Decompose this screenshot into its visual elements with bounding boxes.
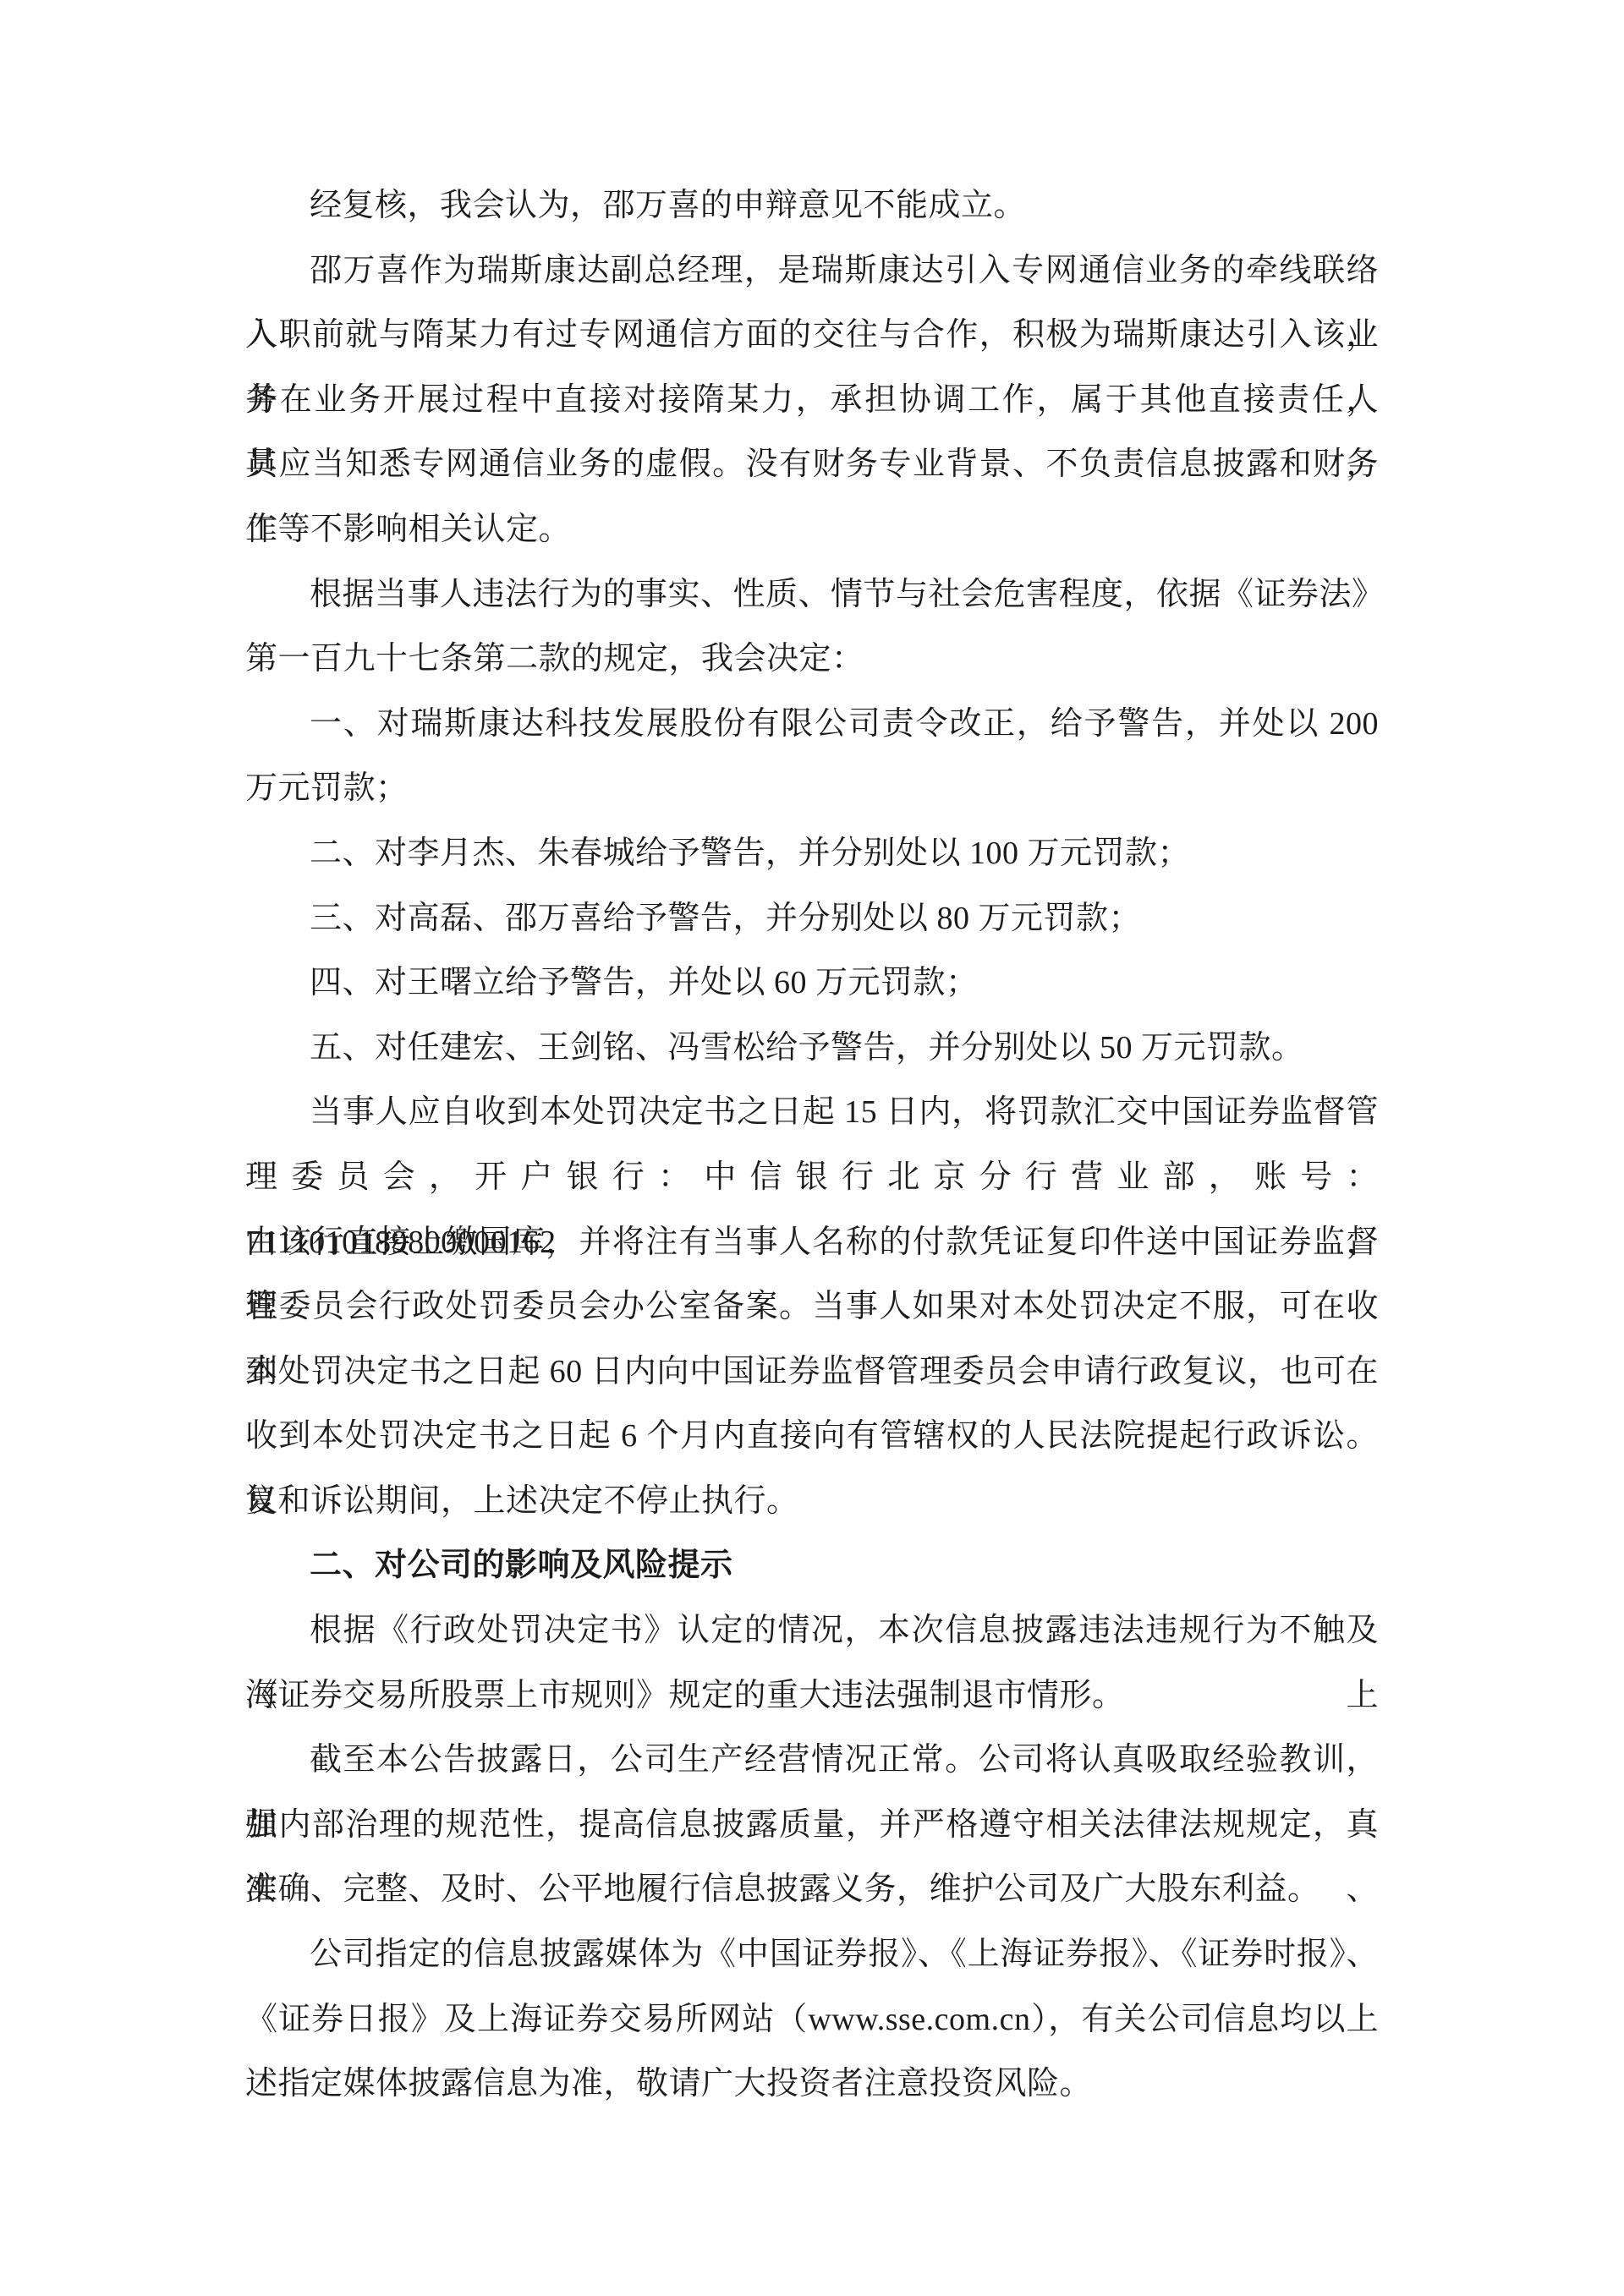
text-line: 其应当知悉专网通信业务的虚假。没有财务专业背景、不负责信息披露和财务工 [245, 432, 1379, 497]
paragraph: 根据《行政处罚决定书》认定的情况，本次信息披露违法违规行为不触及《上海证券交易所… [245, 1598, 1379, 1728]
text-line: 理委员会行政处罚委员会办公室备案。当事人如果对本处罚决定不服，可在收到 [245, 1274, 1379, 1340]
paragraph: 四、对王曙立给予警告，并处以 60 万元罚款； [245, 951, 1379, 1016]
text-line: 议和诉讼期间，上述决定不停止执行。 [245, 1469, 1379, 1534]
paragraph: 当事人应自收到本处罚决定书之日起 15 日内，将罚款汇交中国证券监督管理委员会，… [245, 1080, 1379, 1533]
text-line: 截至本公告披露日，公司生产经营情况正常。公司将认真吸取经验教训，加 [245, 1728, 1379, 1793]
paragraph: 五、对任建宏、王剑铭、冯雪松给予警告，并分别处以 50 万元罚款。 [245, 1016, 1379, 1081]
text-line: 二、对公司的影响及风险提示 [245, 1533, 1379, 1598]
text-line: 根据《行政处罚决定书》认定的情况，本次信息披露违法违规行为不触及《上 [245, 1598, 1379, 1663]
text-line: 五、对任建宏、王剑铭、冯雪松给予警告，并分别处以 50 万元罚款。 [245, 1016, 1379, 1081]
text-line: 当事人应自收到本处罚决定书之日起 15 日内，将罚款汇交中国证券监督管 [245, 1080, 1379, 1145]
paragraph: 邵万喜作为瑞斯康达副总经理，是瑞斯康达引入专网通信业务的牵线联络人，入职前就与隋… [245, 238, 1379, 562]
text-line: 一、对瑞斯康达科技发展股份有限公司责令改正，给予警告，并处以 200 [245, 692, 1379, 757]
text-line: 《证券日报》及上海证券交易所网站（www.sse.com.cn），有关公司信息均… [245, 1987, 1379, 2052]
paragraph: 一、对瑞斯康达科技发展股份有限公司责令改正，给予警告，并处以 200万元罚款； [245, 692, 1379, 821]
document-page: 经复核，我会认为，邵万喜的申辩意见不能成立。邵万喜作为瑞斯康达副总经理，是瑞斯康… [0, 0, 1624, 2296]
paragraph: 三、对高磊、邵万喜给予警告，并分别处以 80 万元罚款； [245, 886, 1379, 951]
text-line: 公司指定的信息披露媒体为《中国证券报》、《上海证券报》、《证券时报》、 [245, 1922, 1379, 1987]
text-line: 并在业务开展过程中直接对接隋某力，承担协调工作，属于其他直接责任人员， [245, 368, 1379, 433]
text-line: 第一百九十七条第二款的规定，我会决定： [245, 627, 1379, 692]
text-line: 根据当事人违法行为的事实、性质、情节与社会危害程度，依据《证券法》 [245, 562, 1379, 627]
text-line: 二、对李月杰、朱春城给予警告，并分别处以 100 万元罚款； [245, 821, 1379, 886]
paragraph: 截至本公告披露日，公司生产经营情况正常。公司将认真吸取经验教训，加强内部治理的规… [245, 1728, 1379, 1922]
text-line: 入职前就与隋某力有过专网通信方面的交往与合作，积极为瑞斯康达引入该业务， [245, 303, 1379, 368]
text-line: 本处罚决定书之日起 60 日内向中国证券监督管理委员会申请行政复议，也可在 [245, 1340, 1379, 1405]
paragraph: 经复核，我会认为，邵万喜的申辩意见不能成立。 [245, 173, 1379, 238]
text-line: 理委员会，开户银行：中信银行北京分行营业部，账号：711101018980000… [245, 1145, 1379, 1210]
text-line: 述指定媒体披露信息为准，敬请广大投资者注意投资风险。 [245, 2052, 1379, 2117]
text-line: 作等不影响相关认定。 [245, 497, 1379, 562]
text-line: 强内部治理的规范性，提高信息披露质量，并严格遵守相关法律法规规定，真实、 [245, 1793, 1379, 1858]
text-line: 三、对高磊、邵万喜给予警告，并分别处以 80 万元罚款； [245, 886, 1379, 951]
text-line: 经复核，我会认为，邵万喜的申辩意见不能成立。 [245, 173, 1379, 238]
text-line: 收到本处罚决定书之日起 6 个月内直接向有管辖权的人民法院提起行政诉讼。复 [245, 1404, 1379, 1469]
paragraph: 根据当事人违法行为的事实、性质、情节与社会危害程度，依据《证券法》第一百九十七条… [245, 562, 1379, 692]
document-body: 经复核，我会认为，邵万喜的申辩意见不能成立。邵万喜作为瑞斯康达副总经理，是瑞斯康… [245, 173, 1379, 2117]
paragraph: 公司指定的信息披露媒体为《中国证券报》、《上海证券报》、《证券时报》、《证券日报… [245, 1922, 1379, 2117]
paragraph: 二、对李月杰、朱春城给予警告，并分别处以 100 万元罚款； [245, 821, 1379, 886]
text-line: 准确、完整、及时、公平地履行信息披露义务，维护公司及广大股东利益。 [245, 1857, 1379, 1922]
text-line: 由该行直接上缴国库，并将注有当事人名称的付款凭证复印件送中国证券监督管 [245, 1210, 1379, 1275]
text-line: 邵万喜作为瑞斯康达副总经理，是瑞斯康达引入专网通信业务的牵线联络人， [245, 238, 1379, 304]
text-line: 四、对王曙立给予警告，并处以 60 万元罚款； [245, 951, 1379, 1016]
section-heading: 二、对公司的影响及风险提示 [245, 1533, 1379, 1598]
text-line: 万元罚款； [245, 756, 1379, 821]
